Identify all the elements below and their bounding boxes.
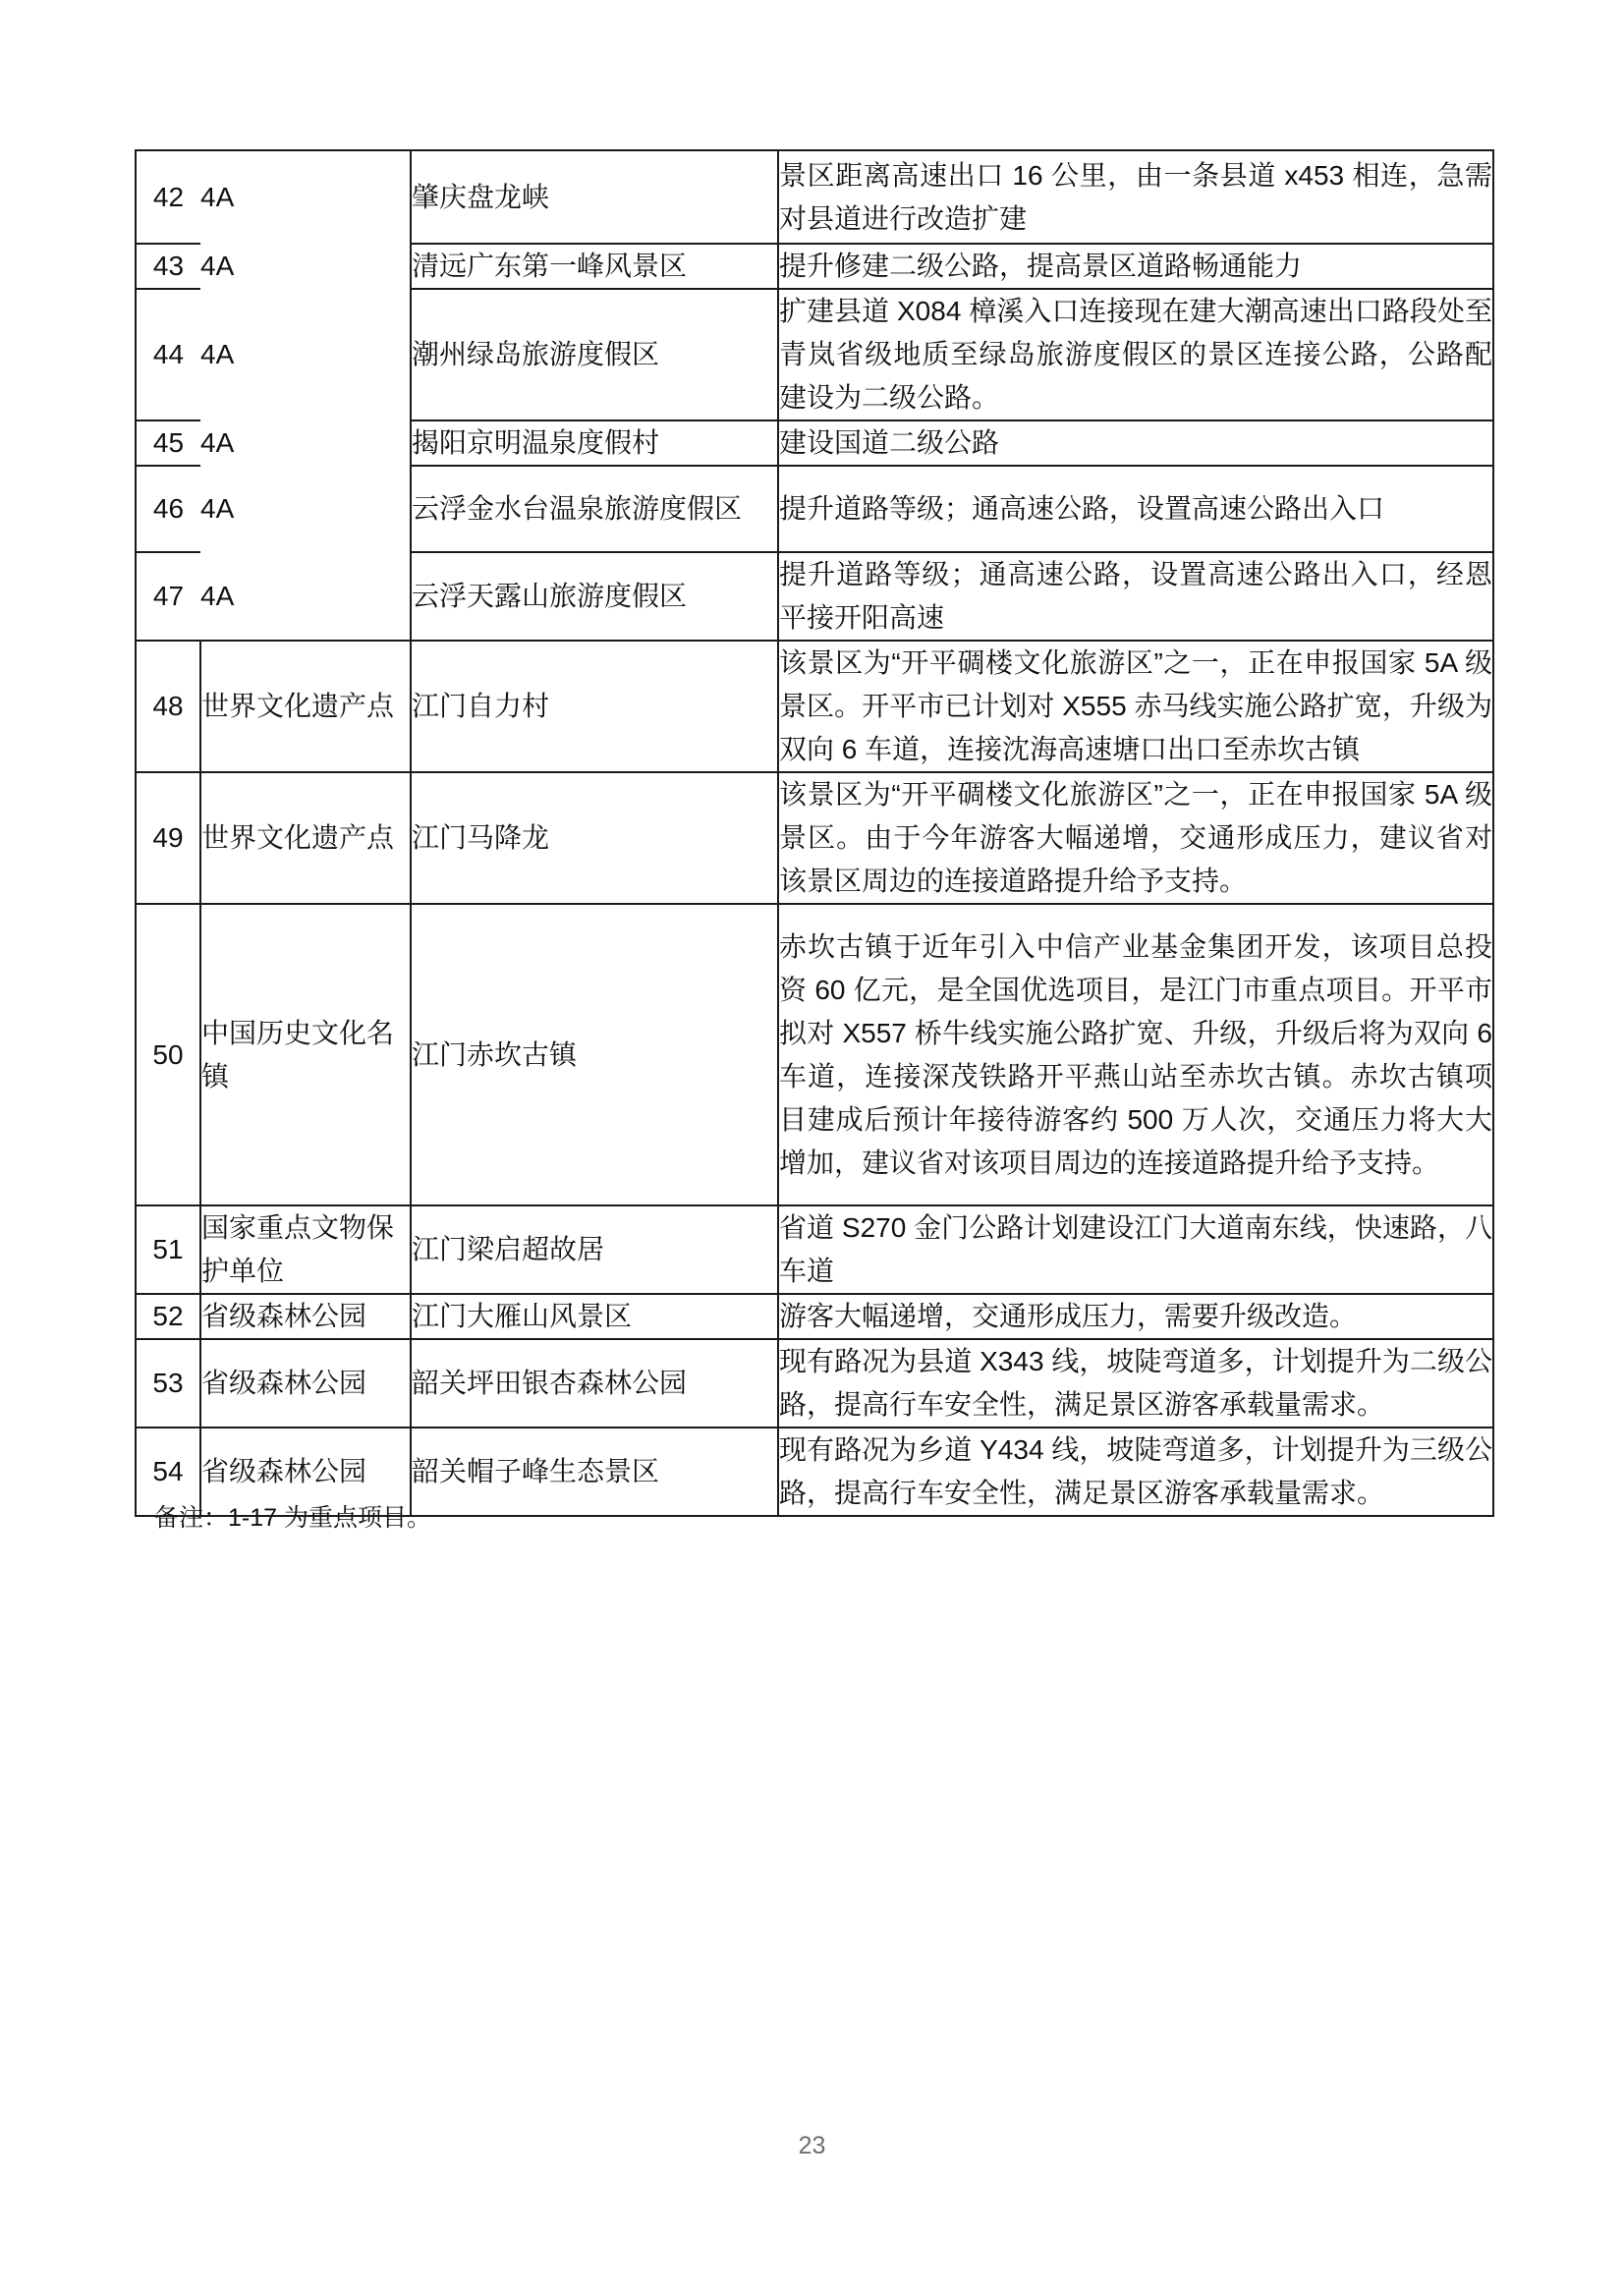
scenic-area-cell: 揭阳京明温泉度假村 bbox=[411, 420, 778, 466]
table-row: 48 世界文化遗产点 江门自力村 该景区为“开平碉楼文化旅游区”之一，正在申报国… bbox=[136, 641, 1493, 772]
description-cell: 景区距离高速出口 16 公里，由一条县道 x453 相连，急需对县道进行改造扩建 bbox=[778, 150, 1493, 244]
category-cell: 世界文化遗产点 bbox=[200, 641, 411, 772]
table-row: 50 中国历史文化名镇 江门赤坎古镇 赤坎古镇于近年引入中信产业基金集团开发，该… bbox=[136, 904, 1493, 1205]
category-cell: 4A bbox=[200, 466, 411, 552]
scenic-area-cell: 云浮金水台温泉旅游度假区 bbox=[411, 466, 778, 552]
table-row: 52 省级森林公园 江门大雁山风景区 游客大幅递增，交通形成压力，需要升级改造。 bbox=[136, 1294, 1493, 1339]
row-number-cell: 52 bbox=[136, 1294, 200, 1339]
description-cell: 赤坎古镇于近年引入中信产业基金集团开发，该项目总投资 60 亿元，是全国优选项目… bbox=[778, 904, 1493, 1205]
category-cell: 4A bbox=[200, 289, 411, 420]
description-cell: 现有路况为乡道 Y434 线，坡陡弯道多，计划提升为三级公路，提高行车安全性，满… bbox=[778, 1428, 1493, 1516]
scenic-area-cell: 潮州绿岛旅游度假区 bbox=[411, 289, 778, 420]
row-number-cell: 46 bbox=[136, 466, 200, 552]
category-cell: 4A bbox=[200, 420, 411, 466]
row-number-cell: 49 bbox=[136, 772, 200, 904]
scenic-area-cell: 肇庆盘龙峡 bbox=[411, 150, 778, 244]
row-number-cell: 45 bbox=[136, 420, 200, 466]
scenic-area-cell: 江门马降龙 bbox=[411, 772, 778, 904]
table-row: 51 国家重点文物保护单位 江门梁启超故居 省道 S270 金门公路计划建设江门… bbox=[136, 1205, 1493, 1294]
description-cell: 现有路况为县道 X343 线，坡陡弯道多，计划提升为二级公路，提高行车安全性，满… bbox=[778, 1339, 1493, 1428]
scenic-area-cell: 江门梁启超故居 bbox=[411, 1205, 778, 1294]
row-number-cell: 42 bbox=[136, 150, 200, 244]
category-cell: 4A bbox=[200, 244, 411, 289]
description-cell: 扩建县道 X084 樟溪入口连接现在建大潮高速出口路段处至青岚省级地质至绿岛旅游… bbox=[778, 289, 1493, 420]
category-cell: 中国历史文化名镇 bbox=[200, 904, 411, 1205]
row-number-cell: 51 bbox=[136, 1205, 200, 1294]
scenic-area-cell: 韶关帽子峰生态景区 bbox=[411, 1428, 778, 1516]
description-cell: 提升道路等级；通高速公路，设置高速公路出入口，经恩平接开阳高速 bbox=[778, 552, 1493, 641]
table-footnote: 备注：1-17 为重点项目。 bbox=[154, 1501, 431, 1535]
scenic-area-cell: 江门赤坎古镇 bbox=[411, 904, 778, 1205]
document-page: 42 4A 肇庆盘龙峡 景区距离高速出口 16 公里，由一条县道 x453 相连… bbox=[0, 0, 1624, 2296]
description-cell: 提升修建二级公路，提高景区道路畅通能力 bbox=[778, 244, 1493, 289]
table-row: 45 4A 揭阳京明温泉度假村 建设国道二级公路 bbox=[136, 420, 1493, 466]
row-number-cell: 53 bbox=[136, 1339, 200, 1428]
description-cell: 游客大幅递增，交通形成压力，需要升级改造。 bbox=[778, 1294, 1493, 1339]
description-cell: 省道 S270 金门公路计划建设江门大道南东线，快速路，八车道 bbox=[778, 1205, 1493, 1294]
description-cell: 建设国道二级公路 bbox=[778, 420, 1493, 466]
scenic-area-cell: 江门自力村 bbox=[411, 641, 778, 772]
row-number-cell: 43 bbox=[136, 244, 200, 289]
row-number-cell: 44 bbox=[136, 289, 200, 420]
category-cell: 世界文化遗产点 bbox=[200, 772, 411, 904]
table-row: 49 世界文化遗产点 江门马降龙 该景区为“开平碉楼文化旅游区”之一，正在申报国… bbox=[136, 772, 1493, 904]
table-row: 46 4A 云浮金水台温泉旅游度假区 提升道路等级；通高速公路，设置高速公路出入… bbox=[136, 466, 1493, 552]
scenic-area-cell: 云浮天露山旅游度假区 bbox=[411, 552, 778, 641]
category-cell: 省级森林公园 bbox=[200, 1294, 411, 1339]
row-number-cell: 50 bbox=[136, 904, 200, 1205]
row-number-cell: 47 bbox=[136, 552, 200, 641]
table-row: 43 4A 清远广东第一峰风景区 提升修建二级公路，提高景区道路畅通能力 bbox=[136, 244, 1493, 289]
description-cell: 该景区为“开平碉楼文化旅游区”之一，正在申报国家 5A 级景区。由于今年游客大幅… bbox=[778, 772, 1493, 904]
table-row: 47 4A 云浮天露山旅游度假区 提升道路等级；通高速公路，设置高速公路出入口，… bbox=[136, 552, 1493, 641]
scenic-area-cell: 江门大雁山风景区 bbox=[411, 1294, 778, 1339]
table-row: 53 省级森林公园 韶关坪田银杏森林公园 现有路况为县道 X343 线，坡陡弯道… bbox=[136, 1339, 1493, 1428]
page-number: 23 bbox=[0, 2132, 1624, 2160]
category-cell: 4A bbox=[200, 150, 411, 244]
row-number-cell: 48 bbox=[136, 641, 200, 772]
category-cell: 省级森林公园 bbox=[200, 1339, 411, 1428]
table-row: 44 4A 潮州绿岛旅游度假区 扩建县道 X084 樟溪入口连接现在建大潮高速出… bbox=[136, 289, 1493, 420]
scenic-area-cell: 清远广东第一峰风景区 bbox=[411, 244, 778, 289]
category-cell: 国家重点文物保护单位 bbox=[200, 1205, 411, 1294]
description-cell: 提升道路等级；通高速公路，设置高速公路出入口 bbox=[778, 466, 1493, 552]
scenic-area-road-projects-table: 42 4A 肇庆盘龙峡 景区距离高速出口 16 公里，由一条县道 x453 相连… bbox=[135, 149, 1494, 1517]
table-row: 42 4A 肇庆盘龙峡 景区距离高速出口 16 公里，由一条县道 x453 相连… bbox=[136, 150, 1493, 244]
category-cell: 4A bbox=[200, 552, 411, 641]
description-cell: 该景区为“开平碉楼文化旅游区”之一，正在申报国家 5A 级景区。开平市已计划对 … bbox=[778, 641, 1493, 772]
scenic-area-cell: 韶关坪田银杏森林公园 bbox=[411, 1339, 778, 1428]
